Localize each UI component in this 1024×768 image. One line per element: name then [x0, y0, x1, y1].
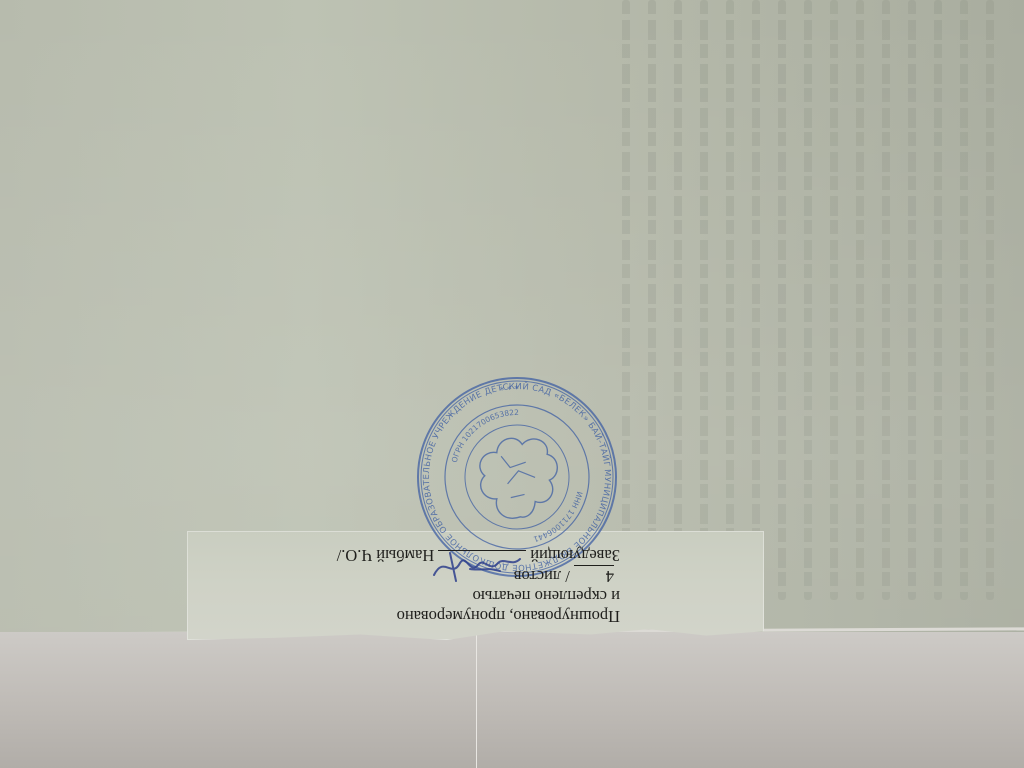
page-seam	[476, 632, 477, 768]
handwritten-signature-icon	[430, 545, 525, 585]
back-page	[0, 632, 1024, 768]
position-title: Заведующий	[530, 545, 620, 565]
stamp-stars: * * *	[498, 380, 519, 392]
sheets-count: 4	[574, 565, 614, 586]
signatory-name: Намбый Ч.О./	[337, 545, 435, 565]
label-line-2: и скреплено печатью	[320, 586, 620, 606]
label-line-1: Прошнуровано, пронумеровано	[320, 606, 620, 626]
